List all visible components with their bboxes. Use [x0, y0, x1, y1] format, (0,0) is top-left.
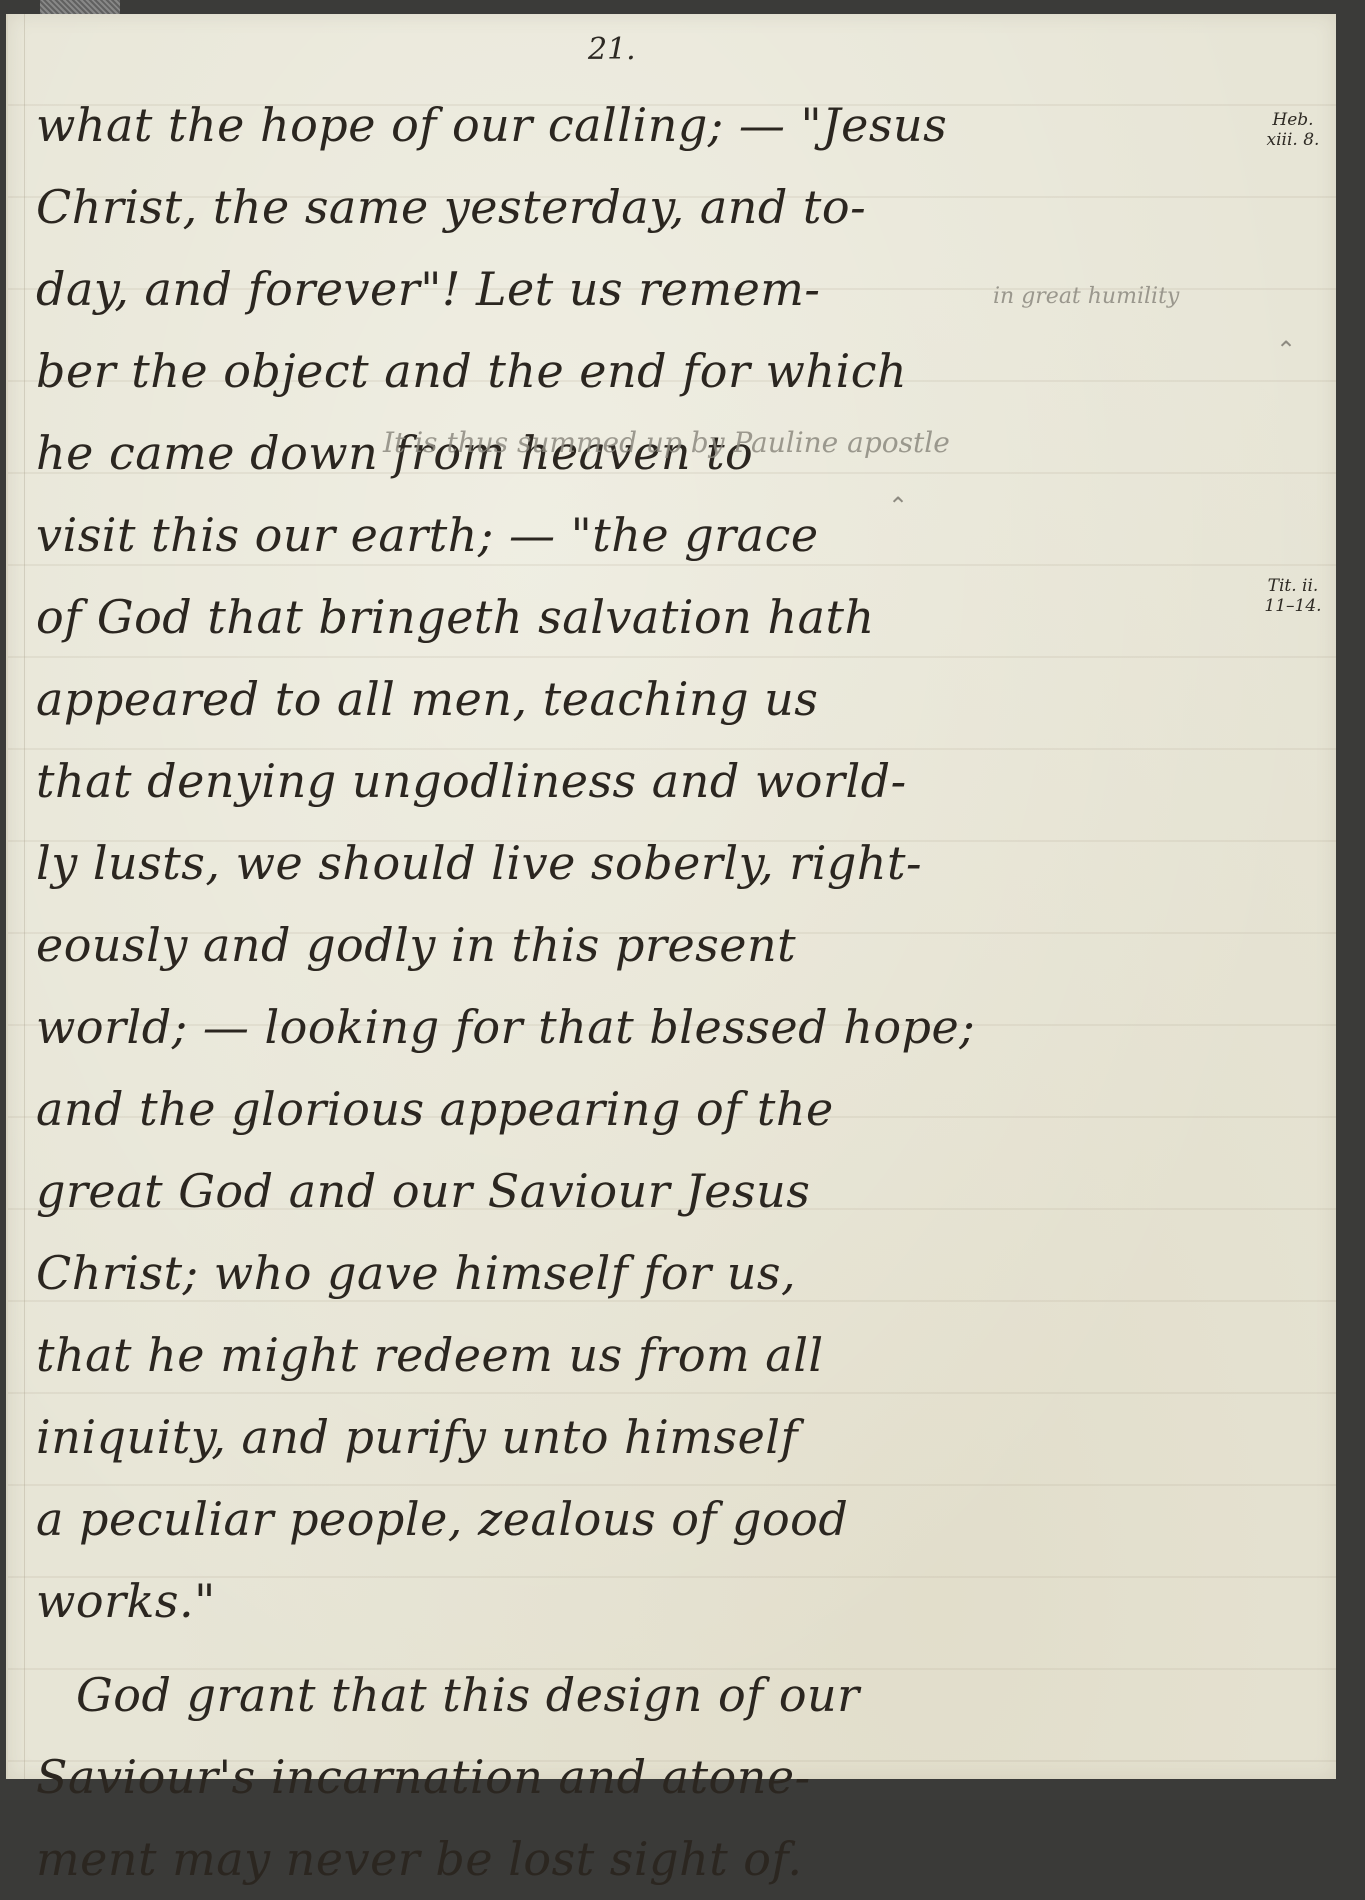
handwritten-text-block: what the hope of our calling; — "Jesus C…: [36, 84, 1266, 1800]
text-line: ber the object and the end for which: [36, 330, 1266, 412]
text-line: ly lusts, we should live soberly, right-: [36, 822, 1266, 904]
text-line: and the glorious appearing of the: [36, 1068, 1266, 1150]
text-line: of God that bringeth salvation hath: [36, 576, 1266, 658]
insertion-caret-icon: ⌃: [1276, 336, 1296, 364]
text-line: Christ, the same yesterday, and to-: [36, 166, 1266, 248]
margin-rule: [24, 14, 25, 1779]
text-line: Saviour's incarnation and atone-: [36, 1736, 1266, 1800]
text-line: iniquity, and purify unto himself: [36, 1396, 1266, 1478]
text-line: Christ; who gave himself for us,: [36, 1232, 1266, 1314]
text-line: what the hope of our calling; — "Jesus: [36, 84, 1266, 166]
scripture-reference: Tit. ii. 11–14.: [1263, 576, 1323, 616]
text-line: great God and our Saviour Jesus: [36, 1150, 1266, 1232]
text-line: world; — looking for that blessed hope;: [36, 986, 1266, 1068]
pencil-annotation: in great humility: [993, 284, 1179, 309]
text-line: a peculiar people, zealous of good: [36, 1478, 1266, 1560]
text-line: God grant that this design of our: [36, 1654, 1266, 1736]
text-line: works.": [36, 1560, 1266, 1642]
text-line: visit this our earth; — "the grace: [36, 494, 1266, 576]
pencil-annotation: It is thus summed up by Pauline apostle: [383, 426, 950, 459]
page-number: 21.: [588, 32, 636, 67]
scripture-reference: Heb. xiii. 8.: [1263, 110, 1323, 150]
manuscript-page: 21. what the hope of our calling; — "Jes…: [6, 14, 1336, 1779]
text-line: that denying ungodliness and world-: [36, 740, 1266, 822]
binding-edge: [40, 0, 120, 14]
text-line: eously and godly in this present: [36, 904, 1266, 986]
text-line: appeared to all men, teaching us: [36, 658, 1266, 740]
insertion-caret-icon: ⌃: [888, 492, 908, 520]
text-line: that he might redeem us from all: [36, 1314, 1266, 1396]
scan-background: 21. what the hope of our calling; — "Jes…: [0, 0, 1365, 1800]
